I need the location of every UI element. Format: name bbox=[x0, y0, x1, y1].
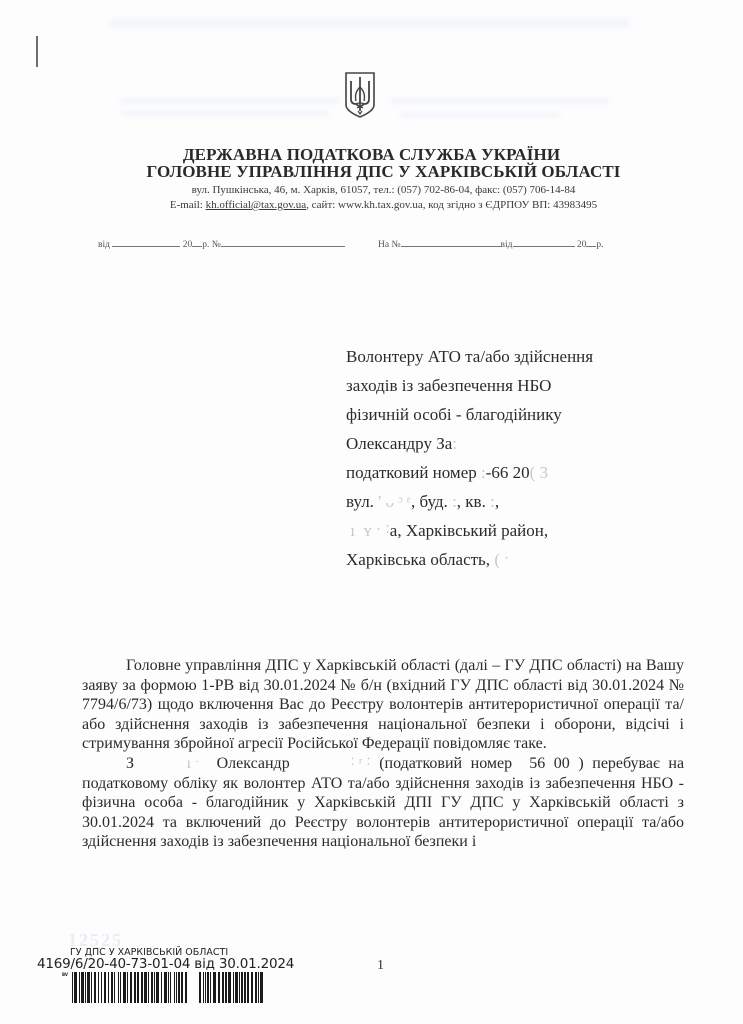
barcode-bar bbox=[130, 972, 131, 1003]
registration-number: 4169/6/20-40-73-01-04 від 30.01.2024 bbox=[37, 956, 294, 972]
redacted-text: ı ʏ ˑ ˸ bbox=[346, 516, 390, 545]
redacted-text: ( 3 bbox=[530, 458, 548, 487]
barcode-bar bbox=[141, 972, 143, 1003]
barcode-bar bbox=[74, 972, 76, 1003]
org-title-line2: ГОЛОВНЕ УПРАВЛІННЯ ДПС У ХАРКІВСЬКІЙ ОБЛ… bbox=[12, 162, 743, 182]
barcode-bar bbox=[178, 972, 179, 1003]
redacted-text: ( ˑ bbox=[494, 545, 509, 574]
recipient-street: вул. ' ᴗ ᵓ ᵋ , буд. : , кв. : , bbox=[346, 487, 593, 516]
date-blank bbox=[112, 237, 180, 247]
recipient-line: фізичній особі - благодійнику bbox=[346, 400, 593, 429]
barcode-bar bbox=[94, 972, 95, 1003]
year-prefix: 20 bbox=[183, 240, 193, 250]
barcode-bar bbox=[218, 972, 220, 1003]
barcode-bar bbox=[120, 972, 121, 1003]
reply-date-blank bbox=[513, 237, 575, 247]
reply-year-prefix: 20 bbox=[577, 240, 587, 250]
barcode-bar bbox=[205, 972, 206, 1003]
barcode-bar bbox=[85, 972, 86, 1003]
redacted-text: : bbox=[490, 487, 495, 516]
outgoing-reference: від 20р. № bbox=[98, 237, 345, 250]
barcode-bar bbox=[137, 972, 138, 1003]
barcode-bar bbox=[251, 972, 253, 1003]
barcode-bar bbox=[244, 972, 246, 1003]
barcode-bar bbox=[203, 972, 204, 1003]
paragraph-1: Головне управління ДПС у Харківській обл… bbox=[82, 656, 684, 754]
barcode-bar bbox=[174, 972, 175, 1003]
barcode-bar bbox=[118, 972, 119, 1003]
person-name: Олександр bbox=[217, 755, 290, 772]
recipient-line: заходів із забезпечення НБО bbox=[346, 371, 593, 400]
from-label: від bbox=[98, 240, 110, 250]
barcode-bar bbox=[170, 972, 171, 1003]
paragraph-2: З ı ˑ Олександр ˸ ʳ ˸ (податковий номер … bbox=[82, 754, 684, 852]
barcode-bar bbox=[235, 972, 237, 1003]
barcode-bar bbox=[228, 972, 230, 1003]
barcode-bar bbox=[239, 972, 240, 1003]
barcode-bar bbox=[213, 972, 215, 1003]
redacted-text: ı ˑ bbox=[143, 754, 200, 774]
redacted-text: ˸ ʳ ˸ bbox=[298, 754, 370, 774]
reply-year-suffix: р. bbox=[596, 240, 603, 250]
barcode-bar bbox=[241, 972, 242, 1003]
barcode-bar bbox=[247, 972, 248, 1003]
barcode-bar bbox=[164, 972, 166, 1003]
barcode-bar bbox=[255, 972, 256, 1003]
barcode-bar bbox=[258, 972, 259, 1003]
recipient-tax-number: податковий номер :-66 20( 3 bbox=[346, 458, 593, 487]
barcode-bar bbox=[79, 972, 80, 1003]
recipient-line: Волонтеру АТО та/або здійснення bbox=[346, 342, 593, 371]
bleed-through bbox=[110, 18, 630, 28]
barcode-bar bbox=[260, 972, 262, 1003]
recipient-block: Волонтеру АТО та/або здійснення заходів … bbox=[346, 342, 593, 574]
number-label: р. № bbox=[202, 240, 221, 250]
reply-from-label: від bbox=[501, 240, 513, 250]
barcode-bar bbox=[222, 972, 223, 1003]
barcode-bar bbox=[233, 972, 234, 1003]
redacted-text: : bbox=[452, 429, 457, 458]
page-number: 1 bbox=[377, 958, 384, 974]
barcode-bar bbox=[225, 972, 227, 1003]
org-contacts: E-mail: kh.official@tax.gov.ua, сайт: ww… bbox=[12, 199, 743, 211]
barcode-bar bbox=[114, 972, 115, 1003]
recipient-region: Харківська область, ( ˑ bbox=[346, 545, 593, 574]
district-text: а, Харківський район, bbox=[390, 521, 548, 540]
barcode-bar bbox=[111, 972, 113, 1003]
barcode-bar bbox=[101, 972, 102, 1003]
redacted-text: ' ᴗ ᵓ ᵋ bbox=[378, 487, 411, 516]
bleed-through bbox=[390, 98, 610, 104]
site-and-code: , сайт: www.kh.tax.gov.ua, код згідно з … bbox=[306, 199, 597, 211]
barcode bbox=[72, 972, 264, 1003]
barcode-bar bbox=[207, 972, 208, 1003]
tax-number-partial: -66 20 bbox=[486, 463, 530, 482]
tax-number-partial: 56 00 bbox=[529, 755, 570, 772]
barcode-bar bbox=[144, 972, 146, 1003]
barcode-bar bbox=[127, 972, 128, 1003]
barcode-bar bbox=[134, 972, 136, 1003]
coat-of-arms-trident-icon bbox=[344, 71, 376, 119]
reply-year-blank bbox=[586, 237, 596, 247]
reply-number-blank bbox=[401, 237, 501, 247]
barcode-bar bbox=[161, 972, 162, 1003]
email-label: E-mail: bbox=[170, 199, 206, 211]
barcode-bar bbox=[81, 972, 83, 1003]
barcode-bar bbox=[154, 972, 155, 1003]
number-blank bbox=[221, 237, 345, 247]
barcode-bar bbox=[108, 972, 109, 1003]
barcode-bar bbox=[98, 972, 99, 1003]
building-label: , буд. bbox=[411, 492, 452, 511]
apartment-label: , кв. bbox=[457, 492, 490, 511]
barcode-bar bbox=[176, 972, 177, 1003]
barcode-bar bbox=[123, 972, 125, 1003]
barcode-bar bbox=[151, 972, 152, 1003]
incoming-reference: На №від 20р. bbox=[378, 237, 604, 250]
barcode-bar bbox=[148, 972, 149, 1003]
margin-pen-mark bbox=[36, 36, 38, 67]
barcode-bar bbox=[181, 972, 183, 1003]
bleed-through bbox=[120, 98, 340, 104]
bleed-through bbox=[400, 112, 560, 117]
barcode-bar bbox=[168, 972, 169, 1003]
recipient-name: Олександру За : bbox=[346, 429, 593, 458]
document-page: 125̲25 ДЕРЖАВНА ПОДАТКОВА СЛУЖБА УКРАЇНИ… bbox=[0, 0, 743, 1024]
barcode-bar bbox=[210, 972, 211, 1003]
letter-body: Головне управління ДПС у Харківській обл… bbox=[82, 656, 684, 852]
email-link[interactable]: kh.official@tax.gov.ua bbox=[206, 199, 307, 211]
bleed-through bbox=[120, 111, 330, 116]
barcode-bar bbox=[199, 972, 201, 1003]
reply-number-label: На № bbox=[378, 240, 401, 250]
year-blank bbox=[192, 237, 202, 247]
barcode-bar bbox=[72, 972, 73, 1003]
org-address: вул. Пушкінська, 46, м. Харків, 61057, т… bbox=[12, 184, 743, 196]
bv-mark: BV bbox=[62, 972, 68, 977]
barcode-bar bbox=[87, 972, 89, 1003]
barcode-bar bbox=[156, 972, 158, 1003]
barcode-bar bbox=[91, 972, 92, 1003]
recipient-locality: ı ʏ ˑ ˸ а, Харківський район, bbox=[346, 516, 593, 545]
barcode-bar bbox=[104, 972, 106, 1003]
barcode-bar bbox=[185, 972, 186, 1003]
